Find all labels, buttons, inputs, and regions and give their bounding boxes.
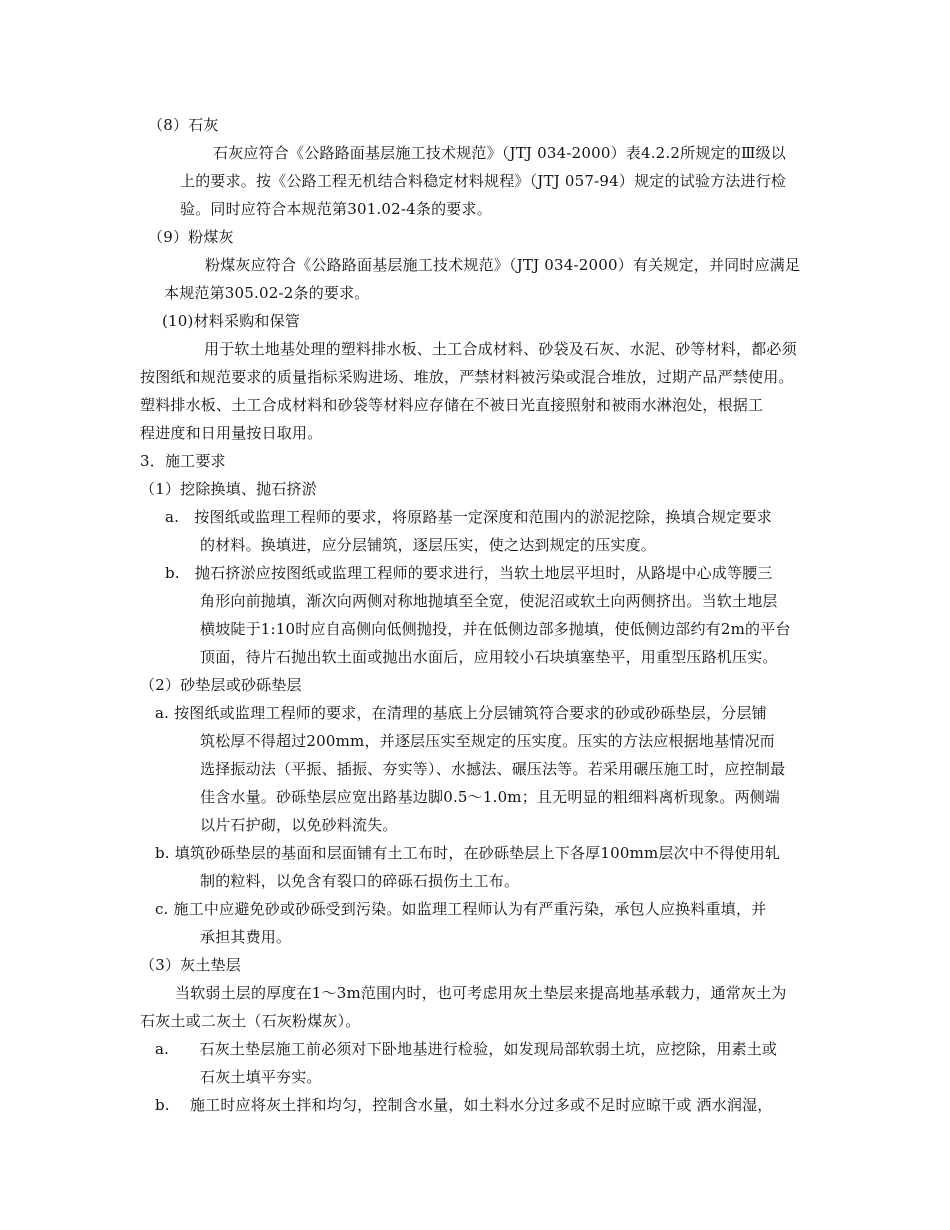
text-line: a. 石灰土垫层施工前必须对下卧地基进行检验，如发现局部软弱土坑，应挖除，用素土… bbox=[155, 1039, 777, 1059]
text-line: b. 填筑砂砾垫层的基面和层面铺有土工布时，在砂砾垫层上下各厚100mm层次中不… bbox=[155, 843, 780, 863]
text-line: c. 施工中应避免砂或砂砾受到污染。如监理工程师认为有严重污染，承包人应换料重填… bbox=[155, 899, 766, 919]
text-line: (10)材料采购和保管 bbox=[162, 311, 300, 331]
text-line: 石灰土填平夯实。 bbox=[200, 1067, 322, 1087]
text-line: a. 按图纸或监理工程师的要求，将原路基一定深度和范围内的淤泥挖除，换填合规定要… bbox=[165, 507, 772, 527]
text-line: 以片石护砌，以免砂料流失。 bbox=[200, 815, 398, 835]
text-line: 3．施工要求 bbox=[140, 451, 226, 471]
text-line: 的材料。换填进，应分层铺筑，逐层压实，使之达到规定的压实度。 bbox=[200, 535, 656, 555]
text-line: 横坡陡于1:10时应自高侧向低侧抛投，并在低侧边部多抛填，使低侧边部约有2m的平… bbox=[200, 619, 791, 639]
text-line: 粉煤灰应符合《公路路面基层施工技术规范》（JTJ 034-2000）有关规定，并… bbox=[205, 255, 800, 275]
text-line: （1）挖除换填、抛石挤淤 bbox=[140, 479, 317, 499]
text-line: 塑料排水板、土工合成材料和砂袋等材料应存储在不被日光直接照射和被雨水淋泡处，根据… bbox=[140, 395, 763, 415]
text-line: 当软弱土层的厚度在1～3m范围内时，也可考虑用灰土垫层来提高地基承载力，通常灰土… bbox=[175, 983, 787, 1003]
text-line: 承担其费用。 bbox=[200, 927, 291, 947]
text-line: （9）粉煤灰 bbox=[148, 227, 234, 247]
text-line: 本规范第305.02-2条的要求。 bbox=[164, 283, 370, 303]
text-line: 制的粒料，以免含有裂口的碎砾石损伤土工布。 bbox=[200, 871, 519, 891]
text-line: 上的要求。按《公路工程无机结合料稳定材料规程》（JTJ 057-94）规定的试验… bbox=[180, 171, 786, 191]
text-line: a. 按图纸或监理工程师的要求，在清理的基底上分层铺筑符合要求的砂或砂砾垫层，分… bbox=[155, 703, 767, 723]
text-line: 用于软土地基处理的塑料排水板、土工合成材料、砂袋及石灰、水泥、砂等材料，都必须 bbox=[204, 339, 797, 359]
text-line: 程进度和日用量按日取用。 bbox=[140, 423, 322, 443]
text-line: 石灰土或二灰土（石灰粉煤灰）。 bbox=[140, 1011, 361, 1031]
text-line: 角形向前抛填，渐次向两侧对称地抛填至全宽，使泥沼或软土向两侧挤出。当软土地层 bbox=[200, 591, 778, 611]
text-line: （2）砂垫层或砂砾垫层 bbox=[140, 675, 302, 695]
text-line: 验。同时应符合本规范第301.02-4条的要求。 bbox=[180, 199, 492, 219]
text-line: （3）灰土垫层 bbox=[140, 955, 241, 975]
text-line: 顶面，待片石抛出软土面或抛出水面后，应用较小石块填塞垫平，用重型压路机压实。 bbox=[200, 647, 778, 667]
text-line: 佳含水量。砂砾垫层应宽出路基边脚0.5～1.0m；且无明显的粗细料离析现象。两侧… bbox=[200, 787, 780, 807]
text-line: 按图纸和规范要求的质量指标采购进场、堆放，严禁材料被污染或混合堆放，过期产品严禁… bbox=[140, 367, 794, 387]
text-line: b. 施工时应将灰土拌和均匀，控制含水量，如土料水分过多或不足时应晾干或 洒水润… bbox=[155, 1095, 773, 1115]
text-line: 筑松厚不得超过200mm，并逐层压实至规定的压实度。压实的方法应根据地基情况而 bbox=[200, 731, 775, 751]
text-line: （8）石灰 bbox=[148, 115, 219, 135]
text-line: 选择振动法（平振、插振、夯实等）、水撼法、碾压法等。若采用碾压施工时，应控制最 bbox=[200, 759, 785, 779]
text-line: b. 抛石挤淤应按图纸或监理工程师的要求进行，当软土地层平坦时，从路堤中心成等腰… bbox=[165, 563, 773, 583]
text-line: 石灰应符合《公路路面基层施工技术规范》（JTJ 034-2000）表4.2.2所… bbox=[213, 143, 786, 163]
